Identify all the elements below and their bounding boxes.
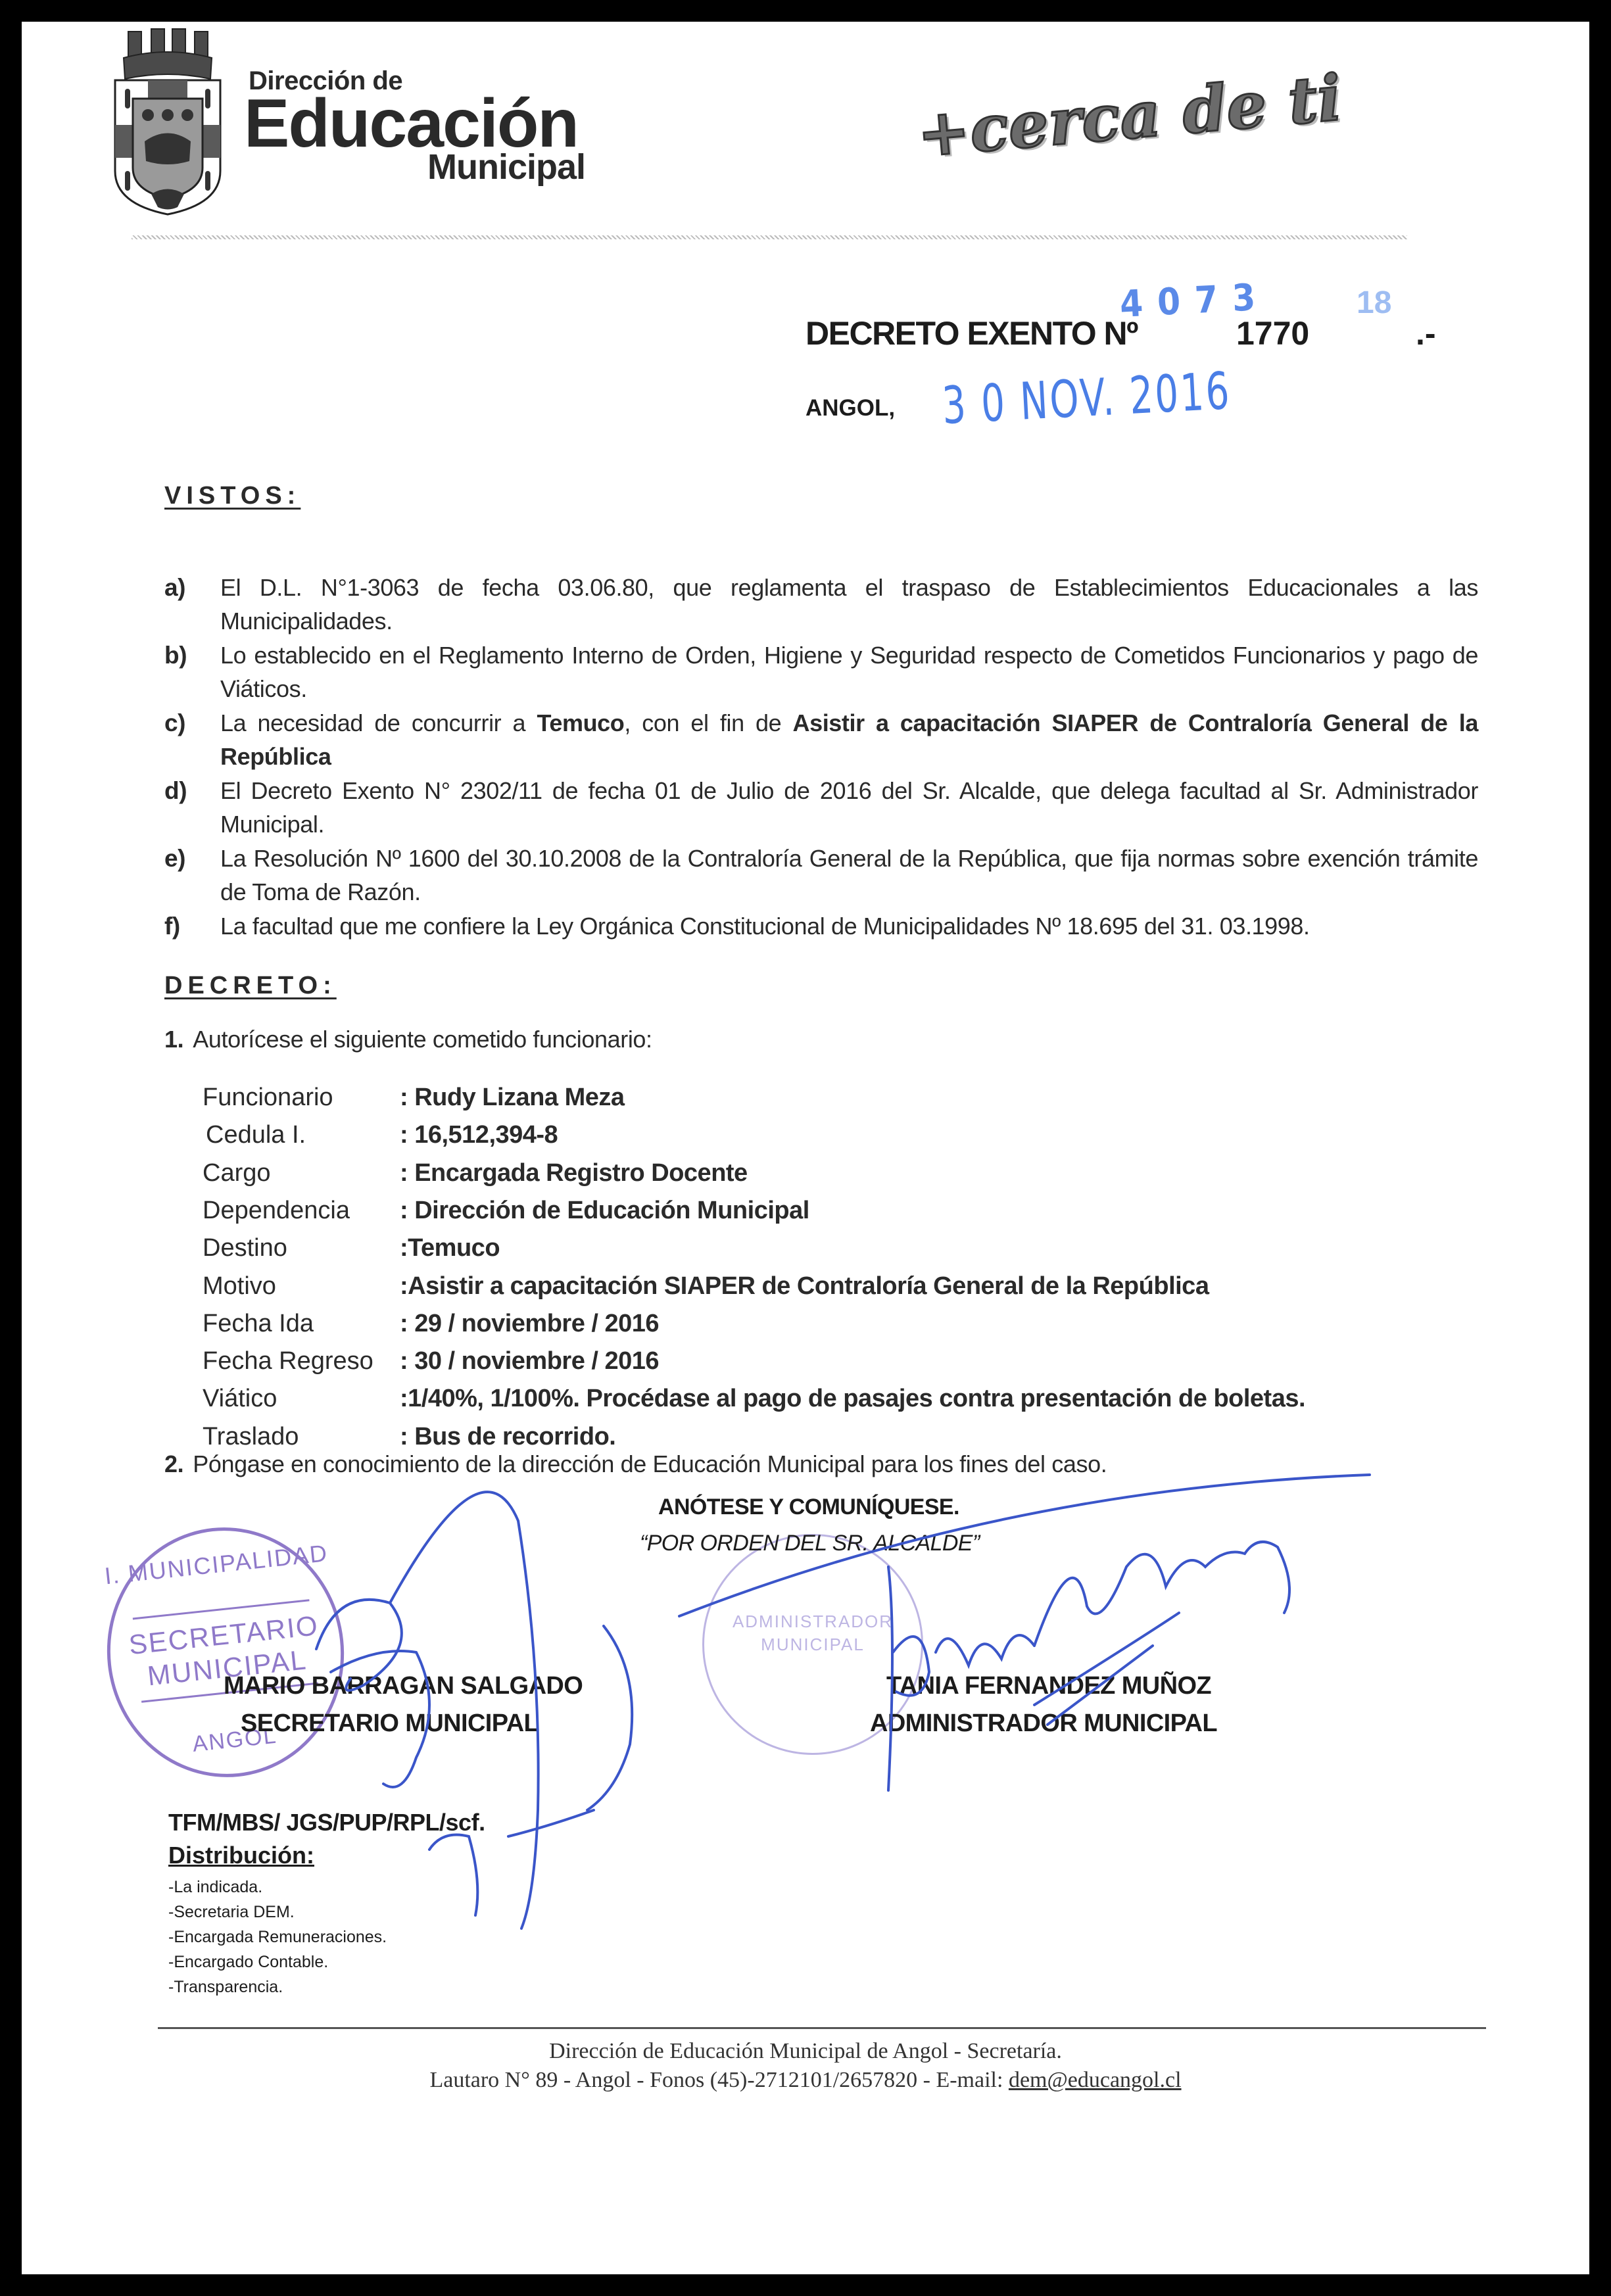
- detail-value: : 30 / noviembre / 2016: [400, 1347, 659, 1375]
- date-stamp: 3 0 NOV. 2016: [941, 362, 1233, 436]
- detail-value: :Asistir a capacitación SIAPER de Contra…: [400, 1272, 1209, 1301]
- header-separator: [132, 235, 1407, 239]
- distribution-item: -Secretaria DEM.: [168, 1900, 387, 1925]
- stamp-middle-text: ADMINISTRADOR: [704, 1612, 921, 1632]
- item-label: e): [164, 842, 185, 875]
- slogan: +cerca de ti: [914, 60, 1344, 172]
- decreto-title: DECRETO:: [164, 972, 337, 1000]
- brand-line-3: Municipal: [427, 147, 585, 187]
- item-label: c): [164, 706, 185, 740]
- text-segment: , con el fin de: [624, 709, 792, 736]
- detail-key: Cedula I.: [206, 1121, 403, 1149]
- item-number: 2.: [164, 1450, 183, 1477]
- item-text: Póngase en conocimiento de la dirección …: [193, 1450, 1107, 1477]
- item-text: La necesidad de concurrir a Temuco, con …: [220, 706, 1478, 773]
- footer-contact: Lautaro N° 89 - Angol - Fonos (45)-27121…: [22, 2068, 1589, 2093]
- decreto-item-1: 1.Autorícese el siguiente cometido funci…: [164, 1022, 652, 1056]
- stamp-middle-text: MUNICIPAL: [704, 1635, 921, 1655]
- decree-end-mark: .-: [1416, 314, 1436, 352]
- item-text: Lo establecido en el Reglamento Interno …: [220, 638, 1478, 706]
- footer-divider: [158, 2027, 1486, 2029]
- item-text: El D.L. N°1-3063 de fecha 03.06.80, que …: [220, 571, 1478, 638]
- detail-value: : 29 / noviembre / 2016: [400, 1310, 659, 1338]
- detail-key: Motivo: [203, 1272, 400, 1301]
- coat-of-arms-icon: [112, 26, 224, 217]
- detail-key: Dependencia: [203, 1197, 400, 1225]
- item-text: La facultad que me confiere la Ley Orgán…: [220, 909, 1478, 943]
- decreto-item-2: 2.Póngase en conocimiento de la direcció…: [164, 1447, 1107, 1481]
- decree-title: DECRETO EXENTO Nº: [805, 314, 1138, 352]
- detail-value: : Rudy Lizana Meza: [400, 1084, 625, 1112]
- item-label: b): [164, 638, 187, 672]
- vistos-title: VISTOS:: [164, 482, 301, 510]
- item-text: Autorícese el siguiente cometido funcion…: [193, 1026, 652, 1053]
- item-text: La Resolución Nº 1600 del 30.10.2008 de …: [220, 842, 1478, 909]
- detail-value: :1/40%, 1/100%. Procédase al pago de pas…: [400, 1385, 1305, 1413]
- text-segment: La necesidad de concurrir a: [220, 709, 537, 736]
- stamp-top-text: I. MUNICIPALIDAD: [101, 1539, 332, 1590]
- secretary-stamp: I. MUNICIPALIDAD SECRETARIO MUNICIPAL AN…: [95, 1516, 356, 1789]
- distribution-item: -Encargada Remuneraciones.: [168, 1925, 387, 1949]
- detail-key: Destino: [203, 1234, 400, 1262]
- left-signer-role: SECRETARIO MUNICIPAL: [241, 1710, 539, 1738]
- document-page: Dirección de Educación Municipal +cerca …: [22, 22, 1589, 2274]
- detail-value: :Temuco: [400, 1234, 500, 1262]
- detail-key: Cargo: [203, 1159, 400, 1187]
- detail-value: : Dirección de Educación Municipal: [400, 1197, 809, 1225]
- city: ANGOL,: [805, 395, 895, 421]
- item-label: a): [164, 571, 185, 604]
- right-signer-name: TANIA FERNANDEZ MUÑOZ: [886, 1672, 1211, 1700]
- closing-formula: ANÓTESE Y COMUNÍQUESE.: [658, 1495, 959, 1520]
- decree-number: 1770: [1236, 314, 1309, 352]
- detail-key: Fecha Ida: [203, 1310, 400, 1338]
- detail-value: : 16,512,394-8: [400, 1121, 558, 1149]
- item-label: f): [164, 909, 180, 943]
- distribution-item: -La indicada.: [168, 1875, 387, 1900]
- item-label: d): [164, 774, 187, 807]
- left-signer-name: MARIO BARRAGAN SALGADO: [224, 1672, 583, 1700]
- distribution-item: -Encargado Contable.: [168, 1949, 387, 1974]
- detail-key: Fecha Regreso: [203, 1347, 400, 1375]
- distribution-item: -Transparencia.: [168, 1974, 387, 1999]
- distribution-title: Distribución:: [168, 1842, 314, 1869]
- right-signer-role: ADMINISTRADOR MUNICIPAL: [870, 1710, 1217, 1738]
- stamp-number-extra: 18: [1357, 285, 1391, 321]
- footer-address: Lautaro N° 89 - Angol - Fonos (45)-27121…: [429, 2068, 1008, 2092]
- detail-value: : Encargada Registro Docente: [400, 1159, 748, 1187]
- item-number: 1.: [164, 1026, 183, 1053]
- email-link[interactable]: dem@educangol.cl: [1009, 2068, 1182, 2092]
- distribution-list: -La indicada. -Secretaria DEM. -Encargad…: [168, 1875, 387, 1999]
- destination-bold: Temuco: [537, 709, 624, 736]
- detail-key: Viático: [203, 1385, 400, 1413]
- item-text: El Decreto Exento N° 2302/11 de fecha 01…: [220, 774, 1478, 841]
- initials: TFM/MBS/ JGS/PUP/RPL/scf.: [168, 1809, 485, 1836]
- detail-key: Funcionario: [203, 1084, 400, 1112]
- order-formula: “POR ORDEN DEL SR. ALCALDE”: [640, 1531, 980, 1556]
- footer-org: Dirección de Educación Municipal de Ango…: [22, 2039, 1589, 2064]
